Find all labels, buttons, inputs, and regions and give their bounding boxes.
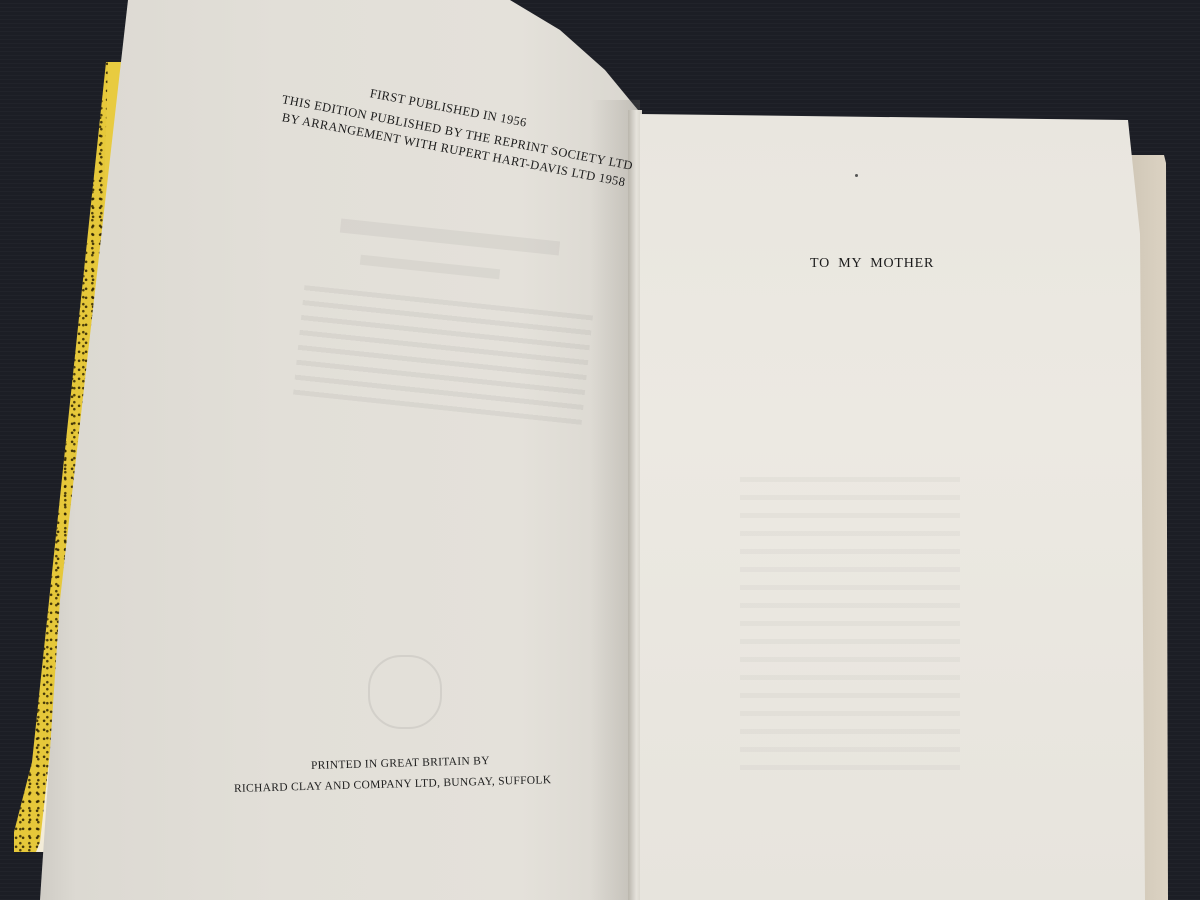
book-gutter [628, 110, 642, 900]
show-through-publisher-logo [368, 655, 442, 729]
show-through-contents [740, 470, 960, 770]
paper-speck [855, 174, 858, 177]
dedication: TO MY MOTHER [810, 256, 934, 272]
